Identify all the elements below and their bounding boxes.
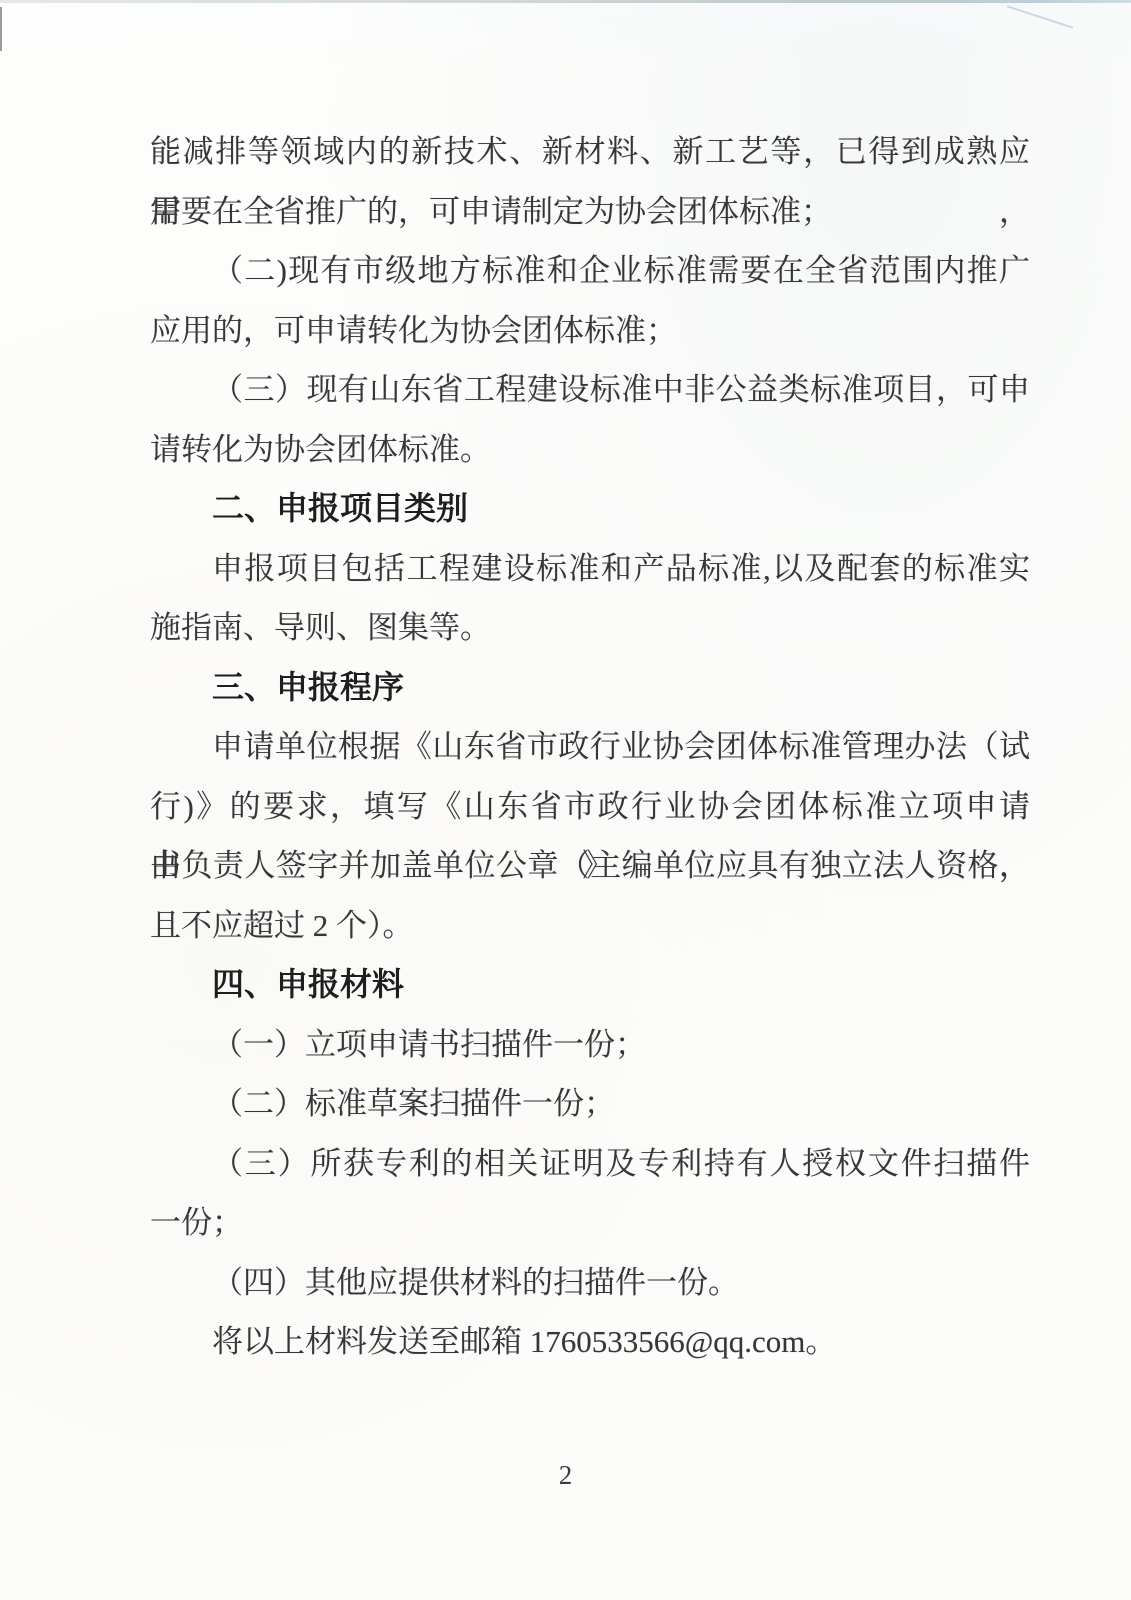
text-line: 能减排等领域内的新技术、新材料、新工艺等，已得到成熟应用， [150,122,1030,182]
text-line: 一份； [150,1193,1030,1253]
page-number: 2 [0,1460,1131,1491]
text-line: 施指南、导则、图集等。 [150,598,1030,658]
section-heading-procedure: 三、申报程序 [150,658,1030,718]
list-item-material-2: （二）标准草案扫描件一份； [150,1074,1030,1134]
email-submission-line: 将以上材料发送至邮箱 1760533566@qq.com。 [150,1312,1030,1372]
list-item-3: （三）现有山东省工程建设标准中非公益类标准项目，可申 [150,360,1030,420]
list-item-material-1: （一）立项申请书扫描件一份； [150,1015,1030,1075]
list-item-material-3: （三）所获专利的相关证明及专利持有人授权文件扫描件 [150,1134,1030,1194]
text-line: 行)》的要求，填写《山东省市政行业协会团体标准立项申请书》， [150,777,1030,837]
list-item-2: （二)现有市级地方标准和企业标准需要在全省范围内推广 [150,241,1030,301]
scan-left-edge-artifact [0,7,2,51]
section-heading-materials: 四、申报材料 [150,955,1030,1015]
scan-streak-artifact [1006,5,1073,29]
text-line: 申报项目包括工程建设标准和产品标准,以及配套的标准实 [150,539,1030,599]
text-line: 由负责人签字并加盖单位公章（主编单位应具有独立法人资格， [150,836,1030,896]
text-line: 应用的，可申请转化为协会团体标准； [150,301,1030,361]
document-body: 能减排等领域内的新技术、新材料、新工艺等，已得到成熟应用， 需要在全省推广的，可… [150,122,1030,1372]
scan-top-edge-artifact [0,0,1131,3]
list-item-material-4: （四）其他应提供材料的扫描件一份。 [150,1253,1030,1313]
text-line: 申请单位根据《山东省市政行业协会团体标准管理办法（试 [150,717,1030,777]
text-line: 请转化为协会团体标准。 [150,420,1030,480]
section-heading-categories: 二、申报项目类别 [150,479,1030,539]
scanned-document-page: 能减排等领域内的新技术、新材料、新工艺等，已得到成熟应用， 需要在全省推广的，可… [0,0,1131,1600]
text-line: 且不应超过 2 个）。 [150,896,1030,956]
